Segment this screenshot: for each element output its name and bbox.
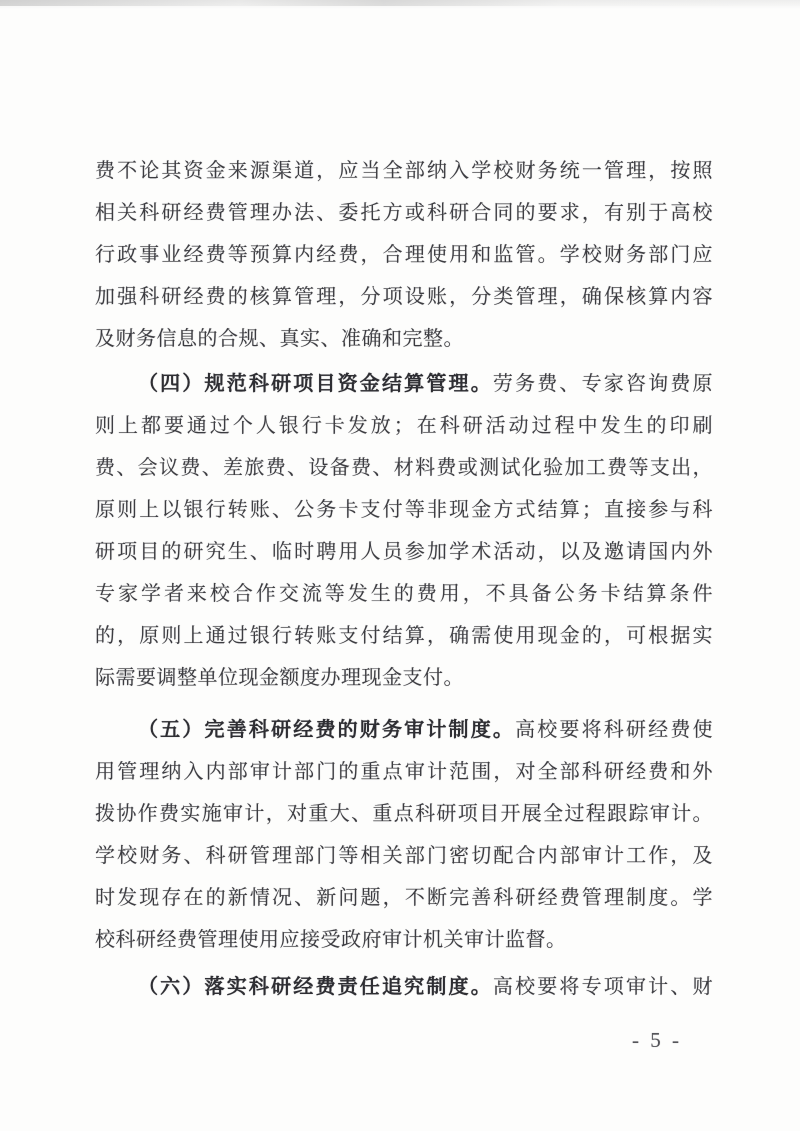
text-line: 校科研经费管理使用应接受政府审计机关审计监督。: [95, 919, 713, 961]
text-line: 研项目的研究生、临时聘用人员参加学术活动，以及邀请国内外: [95, 531, 713, 573]
text-line: 加强科研经费的核算管理，分项设账，分类管理，确保核算内容: [95, 276, 713, 318]
text-line: 则上都要通过个人银行卡发放；在科研活动过程中发生的印刷: [95, 405, 713, 447]
text-line: （六）落实科研经费责任追究制度。高校要将专项审计、财: [95, 966, 713, 1008]
paragraph-section-5: （五）完善科研经费的财务审计制度。高校要将科研经费使 用管理纳入内部审计部门的重…: [95, 709, 713, 961]
text-line: 原则上以银行转账、公务卡支付等非现金方式结算；直接参与科: [95, 489, 713, 531]
section-6-heading: （六）落实科研经费责任追究制度。: [138, 976, 493, 998]
text-line: 及财务信息的合规、真实、准确和完整。: [95, 318, 713, 360]
text-column: 费不论其资金来源渠道，应当全部纳入学校财务统一管理，按照 相关科研经费管理办法、…: [95, 150, 713, 1008]
text-line: 时发现存在的新情况、新问题，不断完善科研经费管理制度。学: [95, 877, 713, 919]
text-line: 专家学者来校合作交流等发生的费用，不具备公务卡结算条件: [95, 573, 713, 615]
text-line: 费不论其资金来源渠道，应当全部纳入学校财务统一管理，按照: [95, 150, 713, 192]
text-line: 相关科研经费管理办法、委托方或科研合同的要求，有别于高校: [95, 192, 713, 234]
text-line: （五）完善科研经费的财务审计制度。高校要将科研经费使: [95, 709, 713, 751]
section-5-heading: （五）完善科研经费的财务审计制度。: [138, 719, 515, 741]
page-number: - 5 -: [622, 1026, 692, 1054]
text-line: 际需要调整单位现金额度办理现金支付。: [95, 657, 713, 699]
section-6-heading-rest: 高校要将专项审计、财: [493, 976, 713, 998]
section-4-heading: （四）规范科研项目资金结算管理。: [138, 373, 493, 395]
text-line: 费、会议费、差旅费、设备费、材料费或测试化验加工费等支出，: [95, 447, 713, 489]
text-line: （四）规范科研项目资金结算管理。劳务费、专家咨询费原: [95, 363, 713, 405]
section-5-heading-rest: 高校要将科研经费使: [515, 719, 713, 741]
scanned-document-page: 费不论其资金来源渠道，应当全部纳入学校财务统一管理，按照 相关科研经费管理办法、…: [0, 0, 800, 1131]
paragraph-section-4: （四）规范科研项目资金结算管理。劳务费、专家咨询费原 则上都要通过个人银行卡发放…: [95, 363, 713, 699]
text-line: 的，原则上通过银行转账支付结算，确需使用现金的，可根据实: [95, 615, 713, 657]
text-line: 行政事业经费等预算内经费，合理使用和监管。学校财务部门应: [95, 234, 713, 276]
text-line: 学校财务、科研管理部门等相关部门密切配合内部审计工作，及: [95, 835, 713, 877]
text-line: 用管理纳入内部审计部门的重点审计范围，对全部科研经费和外: [95, 751, 713, 793]
paragraph-continued: 费不论其资金来源渠道，应当全部纳入学校财务统一管理，按照 相关科研经费管理办法、…: [95, 150, 713, 360]
text-line: 拨协作费实施审计，对重大、重点科研项目开展全过程跟踪审计。: [95, 793, 713, 835]
section-4-heading-rest: 劳务费、专家咨询费原: [493, 373, 713, 395]
paragraph-section-6: （六）落实科研经费责任追究制度。高校要将专项审计、财: [95, 966, 713, 1008]
scan-artifact-top-edge: [0, 0, 800, 6]
